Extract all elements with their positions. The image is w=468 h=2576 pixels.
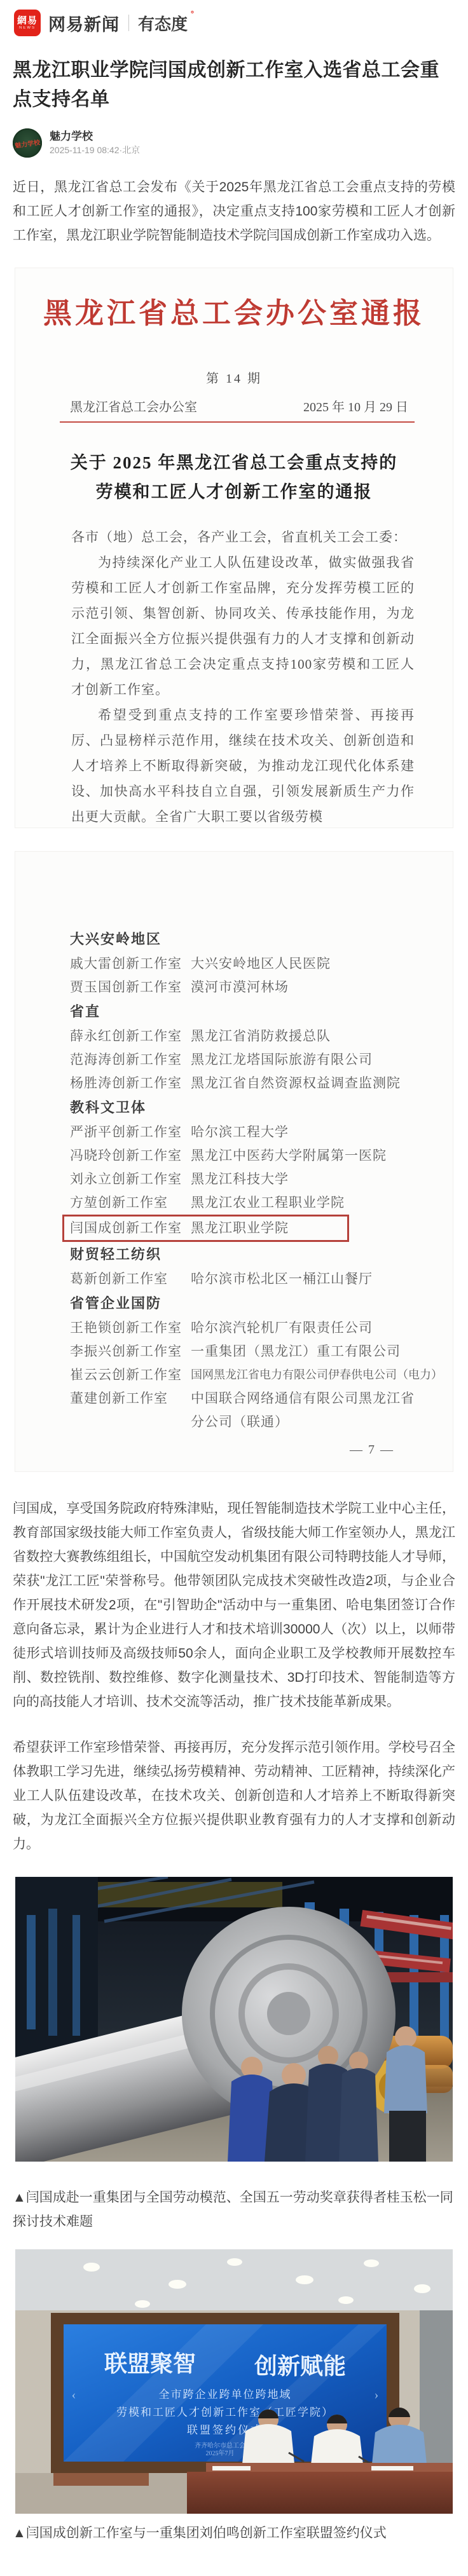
roster-row: 刘永立创新工作室黑龙江科技大学 bbox=[70, 1168, 448, 1191]
logo-text: 網易 bbox=[17, 16, 38, 26]
roster-page-number: — 7 — bbox=[70, 1443, 394, 1457]
roster-section-header: 省管企业国防 bbox=[70, 1291, 448, 1316]
roster-org-name: 黑龙江农业工程职业学院 bbox=[191, 1191, 448, 1215]
roster-row: 戚大雷创新工作室大兴安岭地区人民医院 bbox=[70, 952, 448, 976]
roster-studio-name: 闫国成创新工作室 bbox=[70, 1216, 191, 1240]
netease-logo-icon[interactable]: 網易 NEWS bbox=[14, 10, 41, 36]
signing-photo-caption: ▲闫国成创新工作室与一重集团刘伯鸣创新工作室联盟签约仪式 bbox=[13, 2521, 455, 2545]
signing-photo[interactable]: 联盟聚智 创新赋能 全市跨企业跨单位跨地域 劳模和工匠人才创新工作室（工匠学院）… bbox=[15, 2249, 453, 2514]
article-title: 黑龙江职业学院闫国成创新工作室入选省总工会重点支持名单 bbox=[13, 56, 455, 114]
screen-left-arrow-icon: ‹ bbox=[72, 2388, 76, 2402]
bottom-spacer bbox=[0, 2545, 468, 2554]
screen-slogan-left: 联盟聚智 bbox=[104, 2351, 196, 2376]
roster-row: 杨胜涛创新工作室黑龙江省自然资源权益调查监测院 bbox=[70, 1072, 448, 1095]
roster-studio-name: 严浙平创新工作室 bbox=[70, 1121, 191, 1144]
author-avatar[interactable]: 魅力学校 bbox=[13, 128, 42, 158]
doc-office: 黑龙江省总工会办公室 bbox=[70, 397, 197, 415]
slogan-degree-mark: ° bbox=[191, 9, 194, 18]
article-paragraph-1: 近日，黑龙江省总工会发布《关于2025年黑龙江省总工会重点支持的劳模和工匠人才创… bbox=[13, 175, 455, 248]
author-row[interactable]: 魅力学校 魅力学校 2025-11-19 08:42·北京 bbox=[13, 128, 455, 158]
roster-row: 范海涛创新工作室黑龙江龙塔国际旅游有限公司 bbox=[70, 1048, 448, 1072]
factory-photo[interactable] bbox=[15, 1877, 453, 2162]
roster-section-header: 财贸轻工纺织 bbox=[70, 1242, 448, 1267]
screen-small-line1: 齐齐哈尔市总工会 bbox=[195, 2441, 245, 2450]
roster-org-name: 黑龙江职业学院 bbox=[191, 1216, 343, 1240]
roster-org-name: 黑龙江科技大学 bbox=[191, 1168, 448, 1191]
roster-studio-name: 葛新创新工作室 bbox=[70, 1267, 191, 1291]
doc-paragraph-2: 希望受到重点支持的工作室要珍惜荣誉、再接再厉、凸显榜样示范作用，继续在技术攻关、… bbox=[71, 702, 415, 828]
author-meta: 魅力学校 2025-11-19 08:42·北京 bbox=[50, 130, 140, 156]
logo-subtext: NEWS bbox=[19, 26, 36, 31]
avatar-text: 魅力学校 bbox=[14, 137, 41, 149]
signing-photo-graphic: 联盟聚智 创新赋能 全市跨企业跨单位跨地域 劳模和工匠人才创新工作室（工匠学院）… bbox=[15, 2249, 453, 2514]
brand-title[interactable]: 网易新闻 bbox=[48, 11, 120, 36]
roster-row: 董建创新工作室中国联合网络通信有限公司黑龙江省分公司（联通） bbox=[70, 1387, 448, 1434]
roster-org-name: 黑龙江省自然资源权益调查监测院 bbox=[191, 1072, 448, 1095]
roster-org-name: 中国联合网络通信有限公司黑龙江省分公司（联通） bbox=[191, 1387, 421, 1434]
doc-title-line2: 劳模和工匠人才创新工作室的通报 bbox=[15, 477, 453, 507]
doc-title-line1: 关于 2025 年黑龙江省总工会重点支持的 bbox=[15, 448, 453, 477]
roster-row: 方堃创新工作室黑龙江农业工程职业学院 bbox=[70, 1191, 448, 1215]
doc-red-rule bbox=[60, 421, 415, 423]
doc-masthead: 黑龙江省总工会办公室通报 bbox=[15, 290, 453, 331]
roster-studio-name: 戚大雷创新工作室 bbox=[70, 952, 191, 976]
app-header: 網易 NEWS 网易新闻 有态度° bbox=[0, 0, 468, 38]
roster-studio-name: 刘永立创新工作室 bbox=[70, 1168, 191, 1191]
factory-photo-graphic bbox=[15, 1877, 453, 2162]
notice-document-image[interactable]: 黑龙江省总工会办公室通报 第 14 期 黑龙江省总工会办公室 2025 年 10… bbox=[15, 268, 453, 828]
signing-people bbox=[242, 2408, 427, 2470]
roster-studio-name: 王艳锁创新工作室 bbox=[70, 1316, 191, 1340]
roster-row: 严浙平创新工作室哈尔滨工程大学 bbox=[70, 1121, 448, 1144]
roster-org-name: 漠河市漠河林场 bbox=[191, 976, 448, 999]
roster-studio-name: 董建创新工作室 bbox=[70, 1387, 191, 1434]
doc-body: 各市（地）总工会，各产业工会，省直机关工会工委： 为持续深化产业工人队伍建设改革… bbox=[71, 524, 415, 828]
article-paragraph-3: 希望获评工作室珍惜荣誉、再接再厉，充分发挥示范引领作用。学校号召全体教职工学习先… bbox=[13, 1736, 455, 1857]
doc-date: 2025 年 10 月 29 日 bbox=[303, 397, 408, 415]
roster-row: 李振兴创新工作室一重集团（黑龙江）重工有限公司 bbox=[70, 1340, 448, 1363]
roster-row: 贾玉国创新工作室漠河市漠河林场 bbox=[70, 976, 448, 999]
header-divider bbox=[128, 15, 129, 31]
roster-studio-name: 杨胜涛创新工作室 bbox=[70, 1072, 191, 1095]
roster-org-name: 黑龙江省消防救援总队 bbox=[191, 1025, 448, 1048]
roster-studio-name: 薛永红创新工作室 bbox=[70, 1025, 191, 1048]
roster-row: 葛新创新工作室哈尔滨市松北区一桶江山餐厅 bbox=[70, 1267, 448, 1291]
doc-meta-row: 黑龙江省总工会办公室 2025 年 10 月 29 日 bbox=[70, 397, 408, 415]
roster-org-name: 哈尔滨汽轮机厂有限责任公司 bbox=[191, 1316, 448, 1340]
roster-org-name: 哈尔滨工程大学 bbox=[191, 1121, 448, 1144]
roster-org-name: 大兴安岭地区人民医院 bbox=[191, 952, 448, 976]
roster-document-image[interactable]: 大兴安岭地区戚大雷创新工作室大兴安岭地区人民医院贾玉国创新工作室漠河市漠河林场省… bbox=[15, 852, 453, 1471]
screen-right-arrow-icon: › bbox=[375, 2388, 379, 2402]
factory-photo-caption: ▲闫国成赴一重集团与全国劳动模范、全国五一劳动奖章获得者桂玉松一同探讨技术难题 bbox=[13, 2186, 455, 2234]
screen-line1: 全市跨企业跨单位跨地域 bbox=[159, 2389, 292, 2401]
roster-row: 王艳锁创新工作室哈尔滨汽轮机厂有限责任公司 bbox=[70, 1316, 448, 1340]
doc-paragraph-1: 为持续深化产业工人队伍建设改革，做实做强我省劳模和工匠人才创新工作室品牌，充分发… bbox=[71, 550, 415, 702]
roster-row: 冯晓玲创新工作室黑龙江中医药大学附属第一医院 bbox=[70, 1144, 448, 1168]
roster-studio-name: 崔云云创新工作室 bbox=[70, 1363, 191, 1387]
roster-org-name: 哈尔滨市松北区一桶江山餐厅 bbox=[191, 1267, 448, 1291]
screen-small-line2: 2025年7月 bbox=[206, 2449, 235, 2457]
roster-org-name: 黑龙江龙塔国际旅游有限公司 bbox=[191, 1048, 448, 1072]
highlight-red-box: 闫国成创新工作室黑龙江职业学院 bbox=[62, 1215, 349, 1242]
brand-slogan: 有态度° bbox=[138, 11, 194, 35]
roster-content: 大兴安岭地区戚大雷创新工作室大兴安岭地区人民医院贾玉国创新工作室漠河市漠河林场省… bbox=[70, 927, 448, 1434]
screen-line2: 劳模和工匠人才创新工作室（工匠学院） bbox=[116, 2406, 334, 2418]
author-name[interactable]: 魅力学校 bbox=[50, 130, 140, 144]
roster-row: 崔云云创新工作室国网黑龙江省电力有限公司伊春供电公司（电力） bbox=[70, 1363, 448, 1387]
roster-org-name: 一重集团（黑龙江）重工有限公司 bbox=[191, 1340, 448, 1363]
roster-studio-name: 范海涛创新工作室 bbox=[70, 1048, 191, 1072]
article-page: 網易 NEWS 网易新闻 有态度° 黑龙江职业学院闫国成创新工作室入选省总工会重… bbox=[0, 0, 468, 2576]
doc-title: 关于 2025 年黑龙江省总工会重点支持的 劳模和工匠人才创新工作室的通报 bbox=[15, 448, 453, 507]
article-paragraph-2: 闫国成，享受国务院政府特殊津贴，现任智能制造技术学院工业中心主任，教育部国家级技… bbox=[13, 1497, 455, 1714]
doc-issue-number: 第 14 期 bbox=[15, 368, 453, 386]
roster-org-name: 黑龙江中医药大学附属第一医院 bbox=[191, 1144, 448, 1168]
roster-row: 薛永红创新工作室黑龙江省消防救援总队 bbox=[70, 1025, 448, 1048]
roster-section-header: 大兴安岭地区 bbox=[70, 927, 448, 952]
doc-salutation: 各市（地）总工会，各产业工会，省直机关工会工委： bbox=[71, 524, 415, 550]
roster-row: 闫国成创新工作室黑龙江职业学院 bbox=[70, 1215, 448, 1242]
roster-section-header: 省直 bbox=[70, 999, 448, 1025]
roster-studio-name: 李振兴创新工作室 bbox=[70, 1340, 191, 1363]
roster-org-name: 国网黑龙江省电力有限公司伊春供电公司（电力） bbox=[191, 1363, 448, 1387]
roster-studio-name: 贾玉国创新工作室 bbox=[70, 976, 191, 999]
publish-timestamp: 2025-11-19 08:42·北京 bbox=[50, 144, 140, 156]
roster-studio-name: 冯晓玲创新工作室 bbox=[70, 1144, 191, 1168]
roster-section-header: 教科文卫体 bbox=[70, 1095, 448, 1121]
roster-studio-name: 方堃创新工作室 bbox=[70, 1191, 191, 1215]
screen-slogan-right: 创新赋能 bbox=[254, 2353, 346, 2379]
